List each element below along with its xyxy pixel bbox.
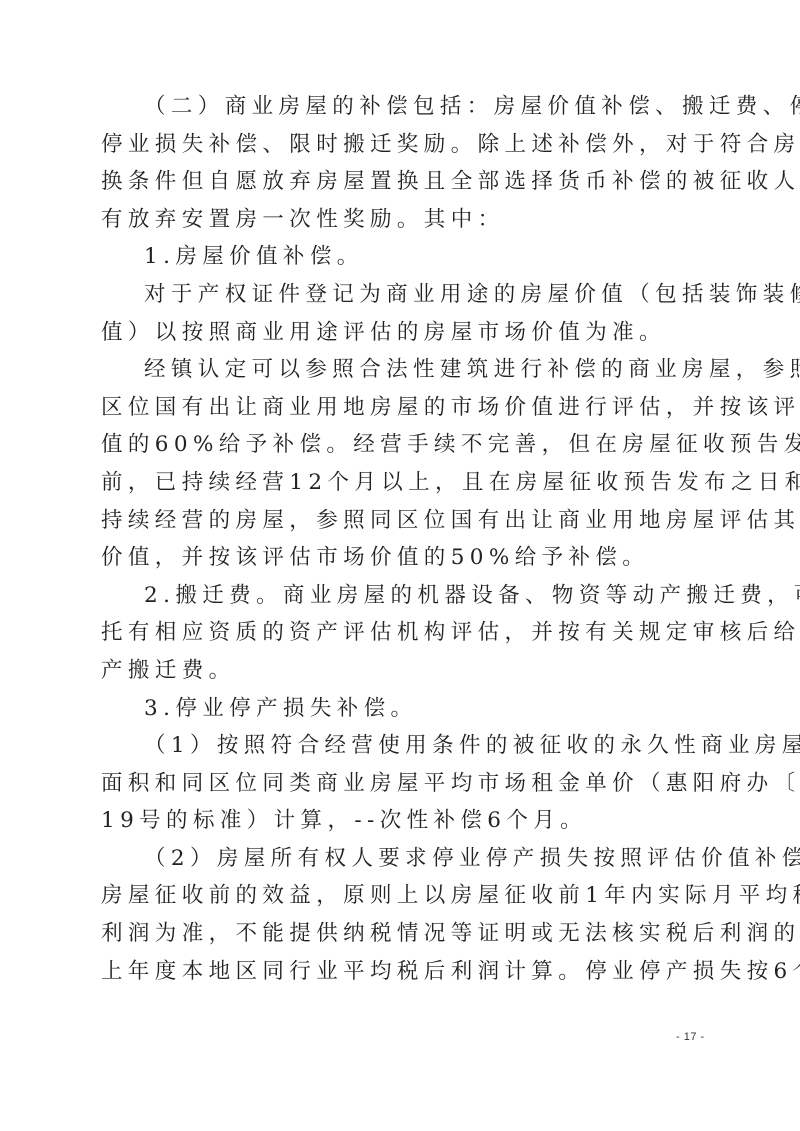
text-line: 利润为准，不能提供纳税情况等证明或无法核实税后利润的，按 [101, 915, 701, 953]
text-line: （1）按照符合经营使用条件的被征收的永久性商业房屋建筑 [101, 727, 701, 765]
text-line: 面积和同区位同类商业房屋平均市场租金单价（惠阳府办〔2018〕 [101, 765, 701, 803]
text-line: 托有相应资质的资产评估机构评估，并按有关规定审核后给予动 [101, 614, 701, 652]
text-line: 有放弃安置房一次性奖励。其中： [101, 201, 701, 239]
text-line: 区位国有出让商业用地房屋的市场价值进行评估，并按该评估价 [101, 389, 701, 427]
text-line: 换条件但自愿放弃房屋置换且全部选择货币补偿的被征收人还享 [101, 163, 701, 201]
text-line: 持续经营的房屋，参照同区位国有出让商业用地房屋评估其市场 [101, 502, 701, 540]
text-line: 经镇认定可以参照合法性建筑进行补偿的商业房屋，参照同 [101, 351, 701, 389]
text-line: 对于产权证件登记为商业用途的房屋价值（包括装饰装修价 [101, 276, 701, 314]
text-line: （二）商业房屋的补偿包括：房屋价值补偿、搬迁费、停产 [101, 88, 701, 126]
document-page: （二）商业房屋的补偿包括：房屋价值补偿、搬迁费、停产 停业损失补偿、限时搬迁奖励… [0, 0, 800, 1131]
text-line: 产搬迁费。 [101, 652, 701, 690]
section-heading: 2.搬迁费。商业房屋的机器设备、物资等动产搬迁费，可以委 [101, 577, 701, 615]
text-line: 19号的标准）计算，--次性补偿6个月。 [101, 802, 701, 840]
section-heading: 3.停业停产损失补偿。 [101, 690, 701, 728]
text-line: 价值，并按该评估市场价值的50%给予补偿。 [101, 539, 701, 577]
page-number: - 17 - [676, 1031, 705, 1043]
text-line: 上年度本地区同行业平均税后利润计算。停业停产损失按6个月 [101, 953, 701, 991]
text-line: 值的60%给予补偿。经营手续不完善，但在房屋征收预告发布之 [101, 426, 701, 464]
text-line: 停业损失补偿、限时搬迁奖励。除上述补偿外，对于符合房屋置 [101, 126, 701, 164]
section-heading: 1.房屋价值补偿。 [101, 238, 701, 276]
body-text: （二）商业房屋的补偿包括：房屋价值补偿、搬迁费、停产 停业损失补偿、限时搬迁奖励… [101, 88, 701, 990]
text-line: 前，已持续经营12个月以上，且在房屋征收预告发布之日和之前 [101, 464, 701, 502]
text-line: （2）房屋所有权人要求停业停产损失按照评估价值补偿的， [101, 840, 701, 878]
text-line: 房屋征收前的效益，原则上以房屋征收前1年内实际月平均税后 [101, 877, 701, 915]
text-line: 值）以按照商业用途评估的房屋市场价值为准。 [101, 314, 701, 352]
